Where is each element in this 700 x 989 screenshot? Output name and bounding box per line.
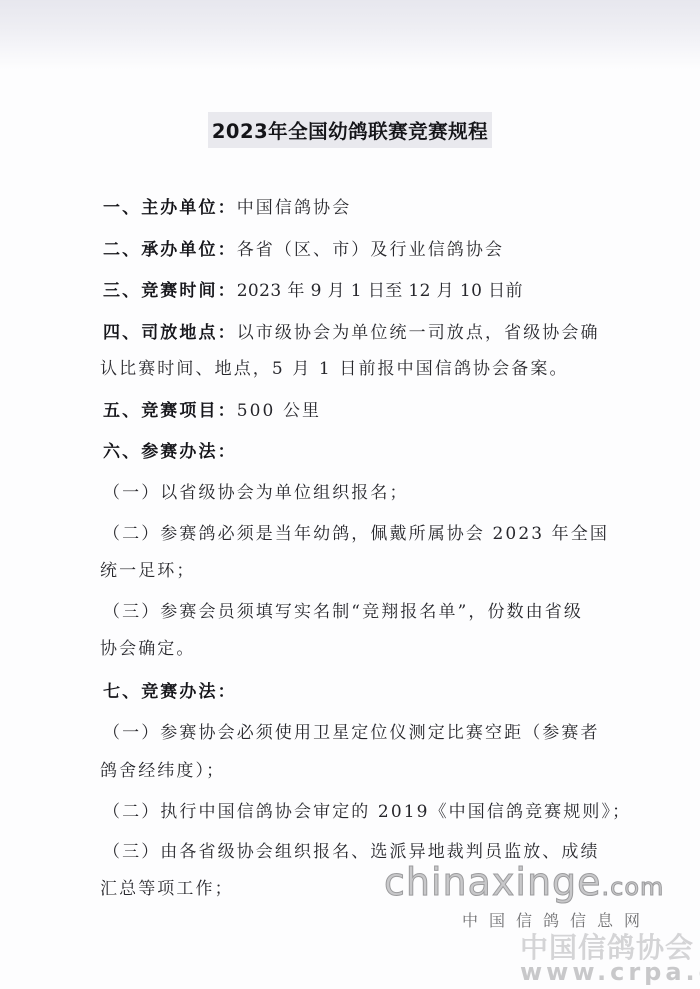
section-text: 认比赛时间、地点，5 月 1 日前报中国信鸽协会备案。	[100, 359, 569, 379]
section-3: 三、竞赛时间：2023 年 9 月 1 日至 12 月 10 日前	[103, 276, 523, 301]
watermark-site-tld: .com	[602, 873, 665, 901]
item-text: （二）执行中国信鸽协会审定的 2019《中国信鸽竞赛规则》；	[103, 802, 631, 822]
section-6: 六、参赛办法：	[103, 437, 237, 462]
section-2: 二、承办单位：各省（区、市）及行业信鸽协会	[103, 235, 504, 260]
section-text: 各省（区、市）及行业信鸽协会	[237, 240, 504, 260]
watermark-url: www.crpa.cn	[520, 958, 700, 986]
section-7-item-1-continued: 鸽舍经纬度）；	[100, 756, 225, 781]
watermark-site-main: chinaxinge	[384, 860, 602, 904]
section-6-item-2: （二）参赛鸽必须是当年幼鸽，佩戴所属协会 2023 年全国	[103, 519, 609, 544]
section-text: 中国信鸽协会	[237, 198, 352, 218]
item-text: （三）由各省级协会组织报名、选派异地裁判员监放、成绩	[103, 842, 600, 862]
item-text: 协会确定。	[100, 639, 196, 659]
section-heading: 七、竞赛办法：	[103, 682, 237, 702]
section-6-item-3-continued: 协会确定。	[100, 634, 196, 659]
section-text: 2023 年 9 月 1 日至 12 月 10 日前	[237, 281, 523, 301]
item-text: （一）参赛协会必须使用卫星定位仪测定比赛空距（参赛者	[103, 723, 600, 743]
section-text: 以市级协会为单位统一司放点，省级协会确	[237, 323, 600, 343]
section-heading: 四、司放地点：	[103, 323, 237, 343]
section-7-item-2: （二）执行中国信鸽协会审定的 2019《中国信鸽竞赛规则》；	[103, 797, 631, 822]
item-text: 统一足环；	[100, 561, 196, 581]
watermark-site: chinaxinge.com	[384, 860, 664, 904]
section-heading: 六、参赛办法：	[103, 442, 237, 462]
item-text: （一）以省级协会为单位组织报名；	[103, 483, 409, 503]
watermark: chinaxinge.com 中国信鸽信息网 中国信鸽协会 www.crpa.c…	[370, 860, 700, 989]
item-text: （三）参赛会员须填写实名制“竞翔报名单”，份数由省级	[103, 602, 583, 622]
section-5: 五、竞赛项目：500 公里	[103, 396, 321, 421]
section-6-item-3: （三）参赛会员须填写实名制“竞翔报名单”，份数由省级	[103, 597, 583, 622]
title-container: 2023年全国幼鸽联赛竞赛规程	[0, 112, 700, 148]
section-4: 四、司放地点：以市级协会为单位统一司放点，省级协会确	[103, 318, 600, 343]
section-7-item-3: （三）由各省级协会组织报名、选派异地裁判员监放、成绩	[103, 837, 600, 862]
item-text: 鸽舍经纬度）；	[100, 761, 225, 781]
section-heading: 二、承办单位：	[103, 240, 237, 260]
section-7: 七、竞赛办法：	[103, 677, 237, 702]
section-heading: 三、竞赛时间：	[103, 281, 237, 301]
item-text: 汇总等项工作；	[100, 879, 234, 899]
item-text: （二）参赛鸽必须是当年幼鸽，佩戴所属协会 2023 年全国	[103, 524, 609, 544]
section-4-continued: 认比赛时间、地点，5 月 1 日前报中国信鸽协会备案。	[100, 354, 569, 379]
section-7-item-3-continued: 汇总等项工作；	[100, 874, 234, 899]
section-6-item-1: （一）以省级协会为单位组织报名；	[103, 478, 409, 503]
section-text: 500 公里	[237, 401, 321, 421]
section-heading: 五、竞赛项目：	[103, 401, 237, 421]
section-6-item-2-continued: 统一足环；	[100, 556, 196, 581]
scan-shading	[0, 0, 700, 70]
section-heading: 一、主办单位：	[103, 198, 237, 218]
document-title: 2023年全国幼鸽联赛竞赛规程	[208, 112, 492, 148]
section-7-item-1: （一）参赛协会必须使用卫星定位仪测定比赛空距（参赛者	[103, 718, 600, 743]
section-1: 一、主办单位：中国信鸽协会	[103, 193, 351, 218]
